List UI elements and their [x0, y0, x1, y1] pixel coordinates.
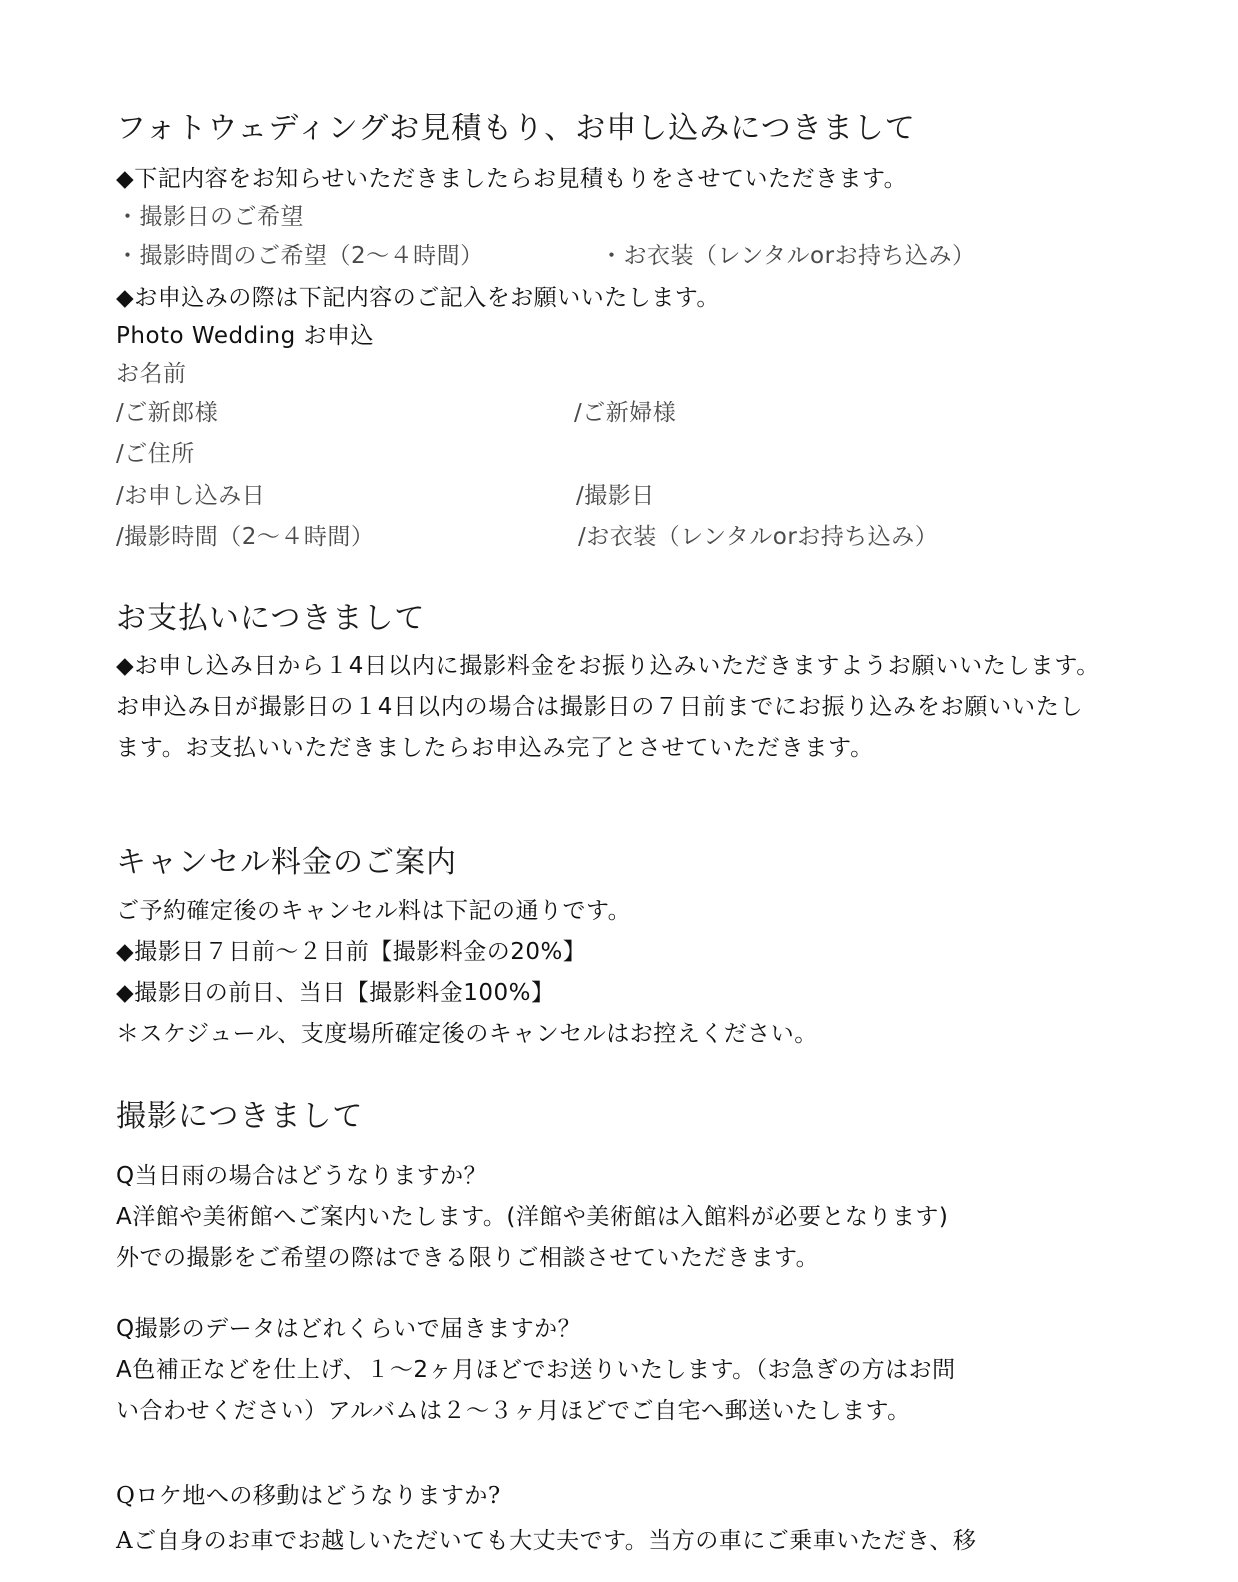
- faq-answer: い合わせください）アルバムは２〜３ヶ月ほどでご自宅へ郵送いたします。: [116, 1396, 911, 1426]
- faq-question: Q撮影のデータはどれくらいで届きますか？: [116, 1314, 581, 1344]
- field-address: /ご住所: [116, 439, 195, 469]
- estimate-item-hours: ・撮影時間のご希望（2〜４時間）: [116, 241, 484, 271]
- form-title: Photo Wedding お申込: [116, 321, 374, 351]
- cancel-line: ◆撮影日の前日、当日【撮影料金100%】: [116, 978, 554, 1008]
- estimate-item-date: ・撮影日のご希望: [116, 202, 304, 232]
- section-title-payment: お支払いにつきまして: [116, 600, 425, 638]
- name-label: お名前: [116, 359, 187, 389]
- field-bride: /ご新婦様: [574, 398, 676, 428]
- faq-answer: Aご自身のお車でお越しいただいても大丈夫です。当方の車にご乗車いただき、移: [116, 1526, 976, 1556]
- faq-answer: A色補正などを仕上げ、１〜2ヶ月ほどでお送りいたします。（お急ぎの方はお問: [116, 1355, 956, 1385]
- cancel-line: ご予約確定後のキャンセル料は下記の通りです。: [116, 896, 631, 926]
- estimate-item-costume: ・お衣装（レンタルorお持ち込み）: [600, 241, 976, 271]
- faq-question: Qロケ地への移動はどうなりますか?: [116, 1481, 501, 1511]
- payment-text: ◆お申し込み日から１4日以内に撮影料金をお振り込みいただきますようお願いいたしま…: [116, 646, 1106, 769]
- faq-question: Q当日雨の場合はどうなりますか？: [116, 1161, 487, 1191]
- faq-answer: A洋館や美術館へご案内いたします。(洋館や美術館は入館料が必要となります): [116, 1202, 948, 1232]
- section-title-estimate: フォトウェディングお見積もり、お申し込みにつきまして: [116, 110, 916, 148]
- section-title-cancel: キャンセル料金のご案内: [116, 844, 457, 882]
- field-shoot-hours: /撮影時間（2〜４時間）: [116, 522, 374, 552]
- field-shoot-date: /撮影日: [576, 481, 655, 511]
- cancel-line: ◆撮影日７日前〜２日前【撮影料金の20%】: [116, 937, 586, 967]
- field-groom: /ご新郎様: [116, 398, 218, 428]
- field-costume: /お衣装（レンタルorお持ち込み）: [578, 522, 938, 552]
- field-application-date: /お申し込み日: [116, 481, 265, 511]
- application-note: ◆お申込みの際は下記内容のご記入をお願いいたします。: [116, 283, 720, 313]
- estimate-intro: ◆下記内容をお知らせいただきましたらお見積もりをさせていただきます。: [116, 164, 907, 194]
- section-title-shooting: 撮影につきまして: [116, 1098, 363, 1136]
- cancel-line: ＊スケジュール、支度場所確定後のキャンセルはお控えください。: [116, 1019, 818, 1049]
- faq-answer: 外での撮影をご希望の際はできる限りご相談させていただきます。: [116, 1243, 819, 1273]
